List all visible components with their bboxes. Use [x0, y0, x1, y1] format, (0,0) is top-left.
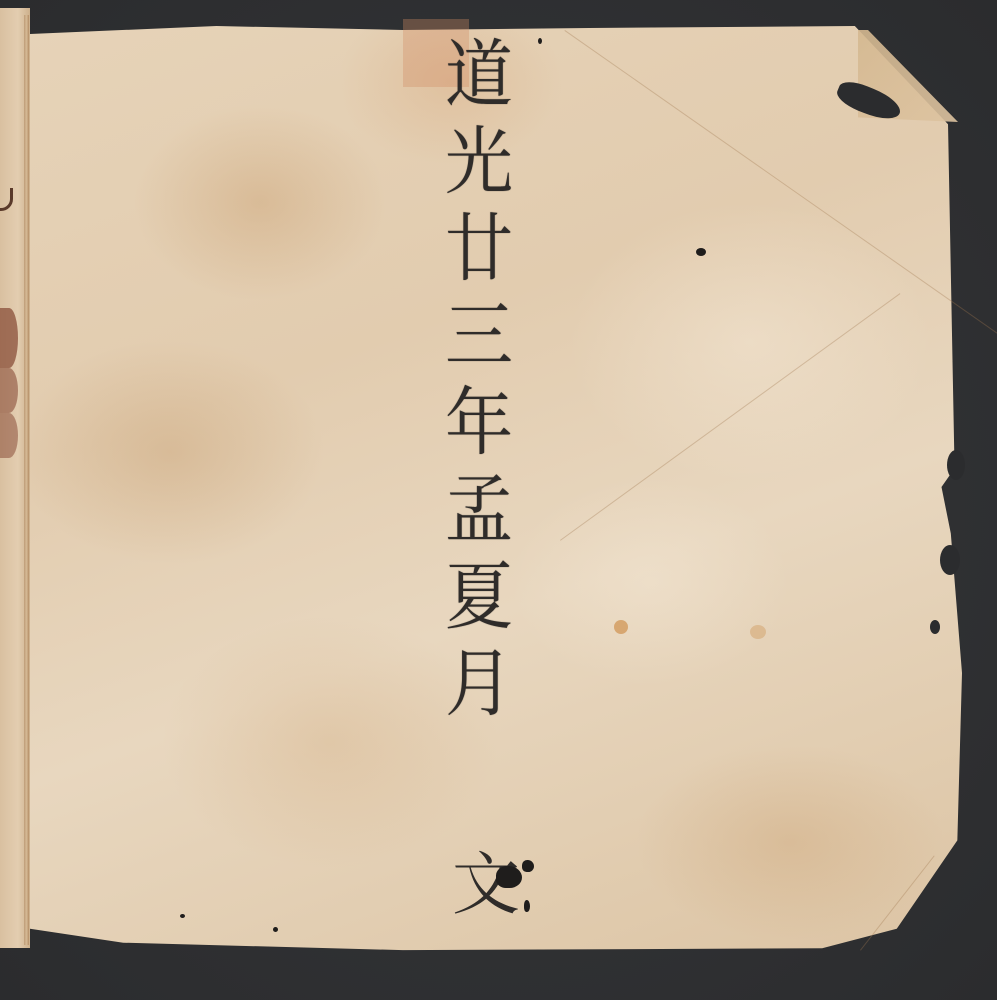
book-spine-gutter [24, 15, 29, 945]
title-column: 道 光 廿 三 年 孟 夏 月 [424, 38, 534, 734]
ink-speck [180, 914, 185, 918]
title-char: 三 [445, 299, 513, 386]
foxing-stain [614, 620, 628, 634]
title-char: 孟 [445, 473, 513, 560]
ink-blot [524, 900, 530, 912]
title-char: 廿 [445, 212, 513, 299]
paper-edge-tear [940, 545, 960, 575]
title-char: 月 [445, 647, 513, 734]
paper-edge-tear [947, 450, 965, 480]
ink-fragment [0, 308, 18, 368]
ink-speck [538, 38, 542, 44]
ink-blot [496, 866, 522, 888]
title-char: 道 [445, 38, 513, 125]
foxing-stain [750, 625, 766, 639]
ink-speck [273, 927, 278, 932]
ink-speck [696, 248, 706, 256]
ink-stroke-fragment [0, 188, 13, 211]
document-scan: 道 光 廿 三 年 孟 夏 月 文 [0, 0, 997, 1000]
title-char: 夏 [445, 560, 513, 647]
title-char: 年 [445, 386, 513, 473]
title-char: 光 [445, 125, 513, 212]
ink-fragment [0, 368, 18, 413]
paper-hole [930, 620, 940, 634]
ink-blot [522, 860, 534, 872]
ink-fragment [0, 413, 18, 458]
